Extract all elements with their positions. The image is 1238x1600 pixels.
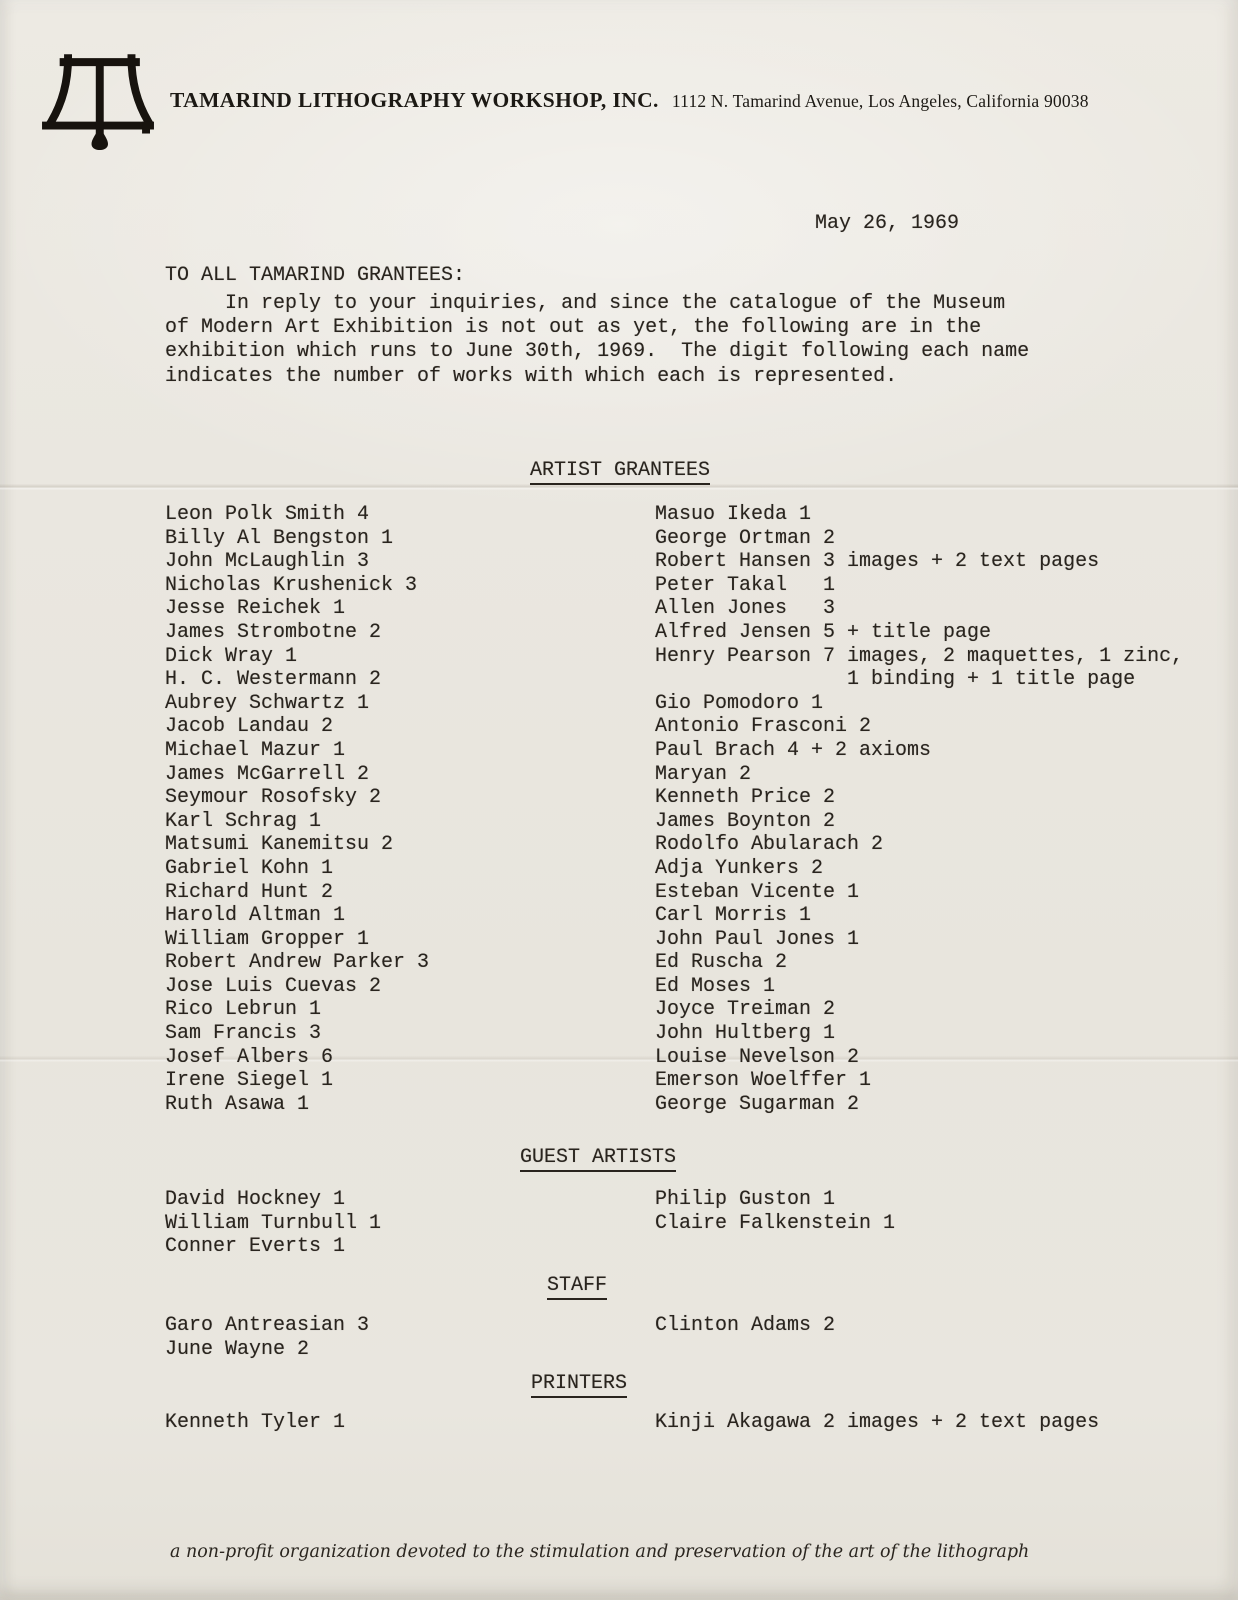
guest-artists-right-column: Philip Guston 1Claire Falkenstein 1 [655,1188,895,1235]
list-line: H. C. Westermann 2 [165,668,429,692]
list-line: John Hultberg 1 [655,1022,1183,1046]
artist-grantees-right-column: Masuo Ikeda 1George Ortman 2Robert Hanse… [655,503,1183,1116]
list-line: Dick Wray 1 [165,645,429,669]
company-name: TAMARIND LITHOGRAPHY WORKSHOP, INC. [170,88,659,112]
list-line: Matsumi Kanemitsu 2 [165,833,429,857]
list-line: James Strombotne 2 [165,621,429,645]
list-line: William Turnbull 1 [165,1212,381,1236]
artist-grantees-left-column: Leon Polk Smith 4Billy Al Bengston 1John… [165,503,429,1116]
list-line: Peter Takal 1 [655,574,1183,598]
letter-page: TAMARIND LITHOGRAPHY WORKSHOP, INC.1112 … [0,0,1238,1600]
salutation: TO ALL TAMARIND GRANTEES: [165,264,465,287]
list-line: Karl Schrag 1 [165,810,429,834]
list-line: Gio Pomodoro 1 [655,692,1183,716]
list-line: Seymour Rosofsky 2 [165,786,429,810]
list-line: Garo Antreasian 3 [165,1314,369,1338]
body-paragraph: In reply to your inquiries, and since th… [165,292,1029,389]
list-line: Louise Nevelson 2 [655,1046,1183,1070]
list-line: Robert Andrew Parker 3 [165,951,429,975]
staff-left-column: Garo Antreasian 3June Wayne 2 [165,1314,369,1361]
list-line: Richard Hunt 2 [165,881,429,905]
list-line: Joyce Treiman 2 [655,998,1183,1022]
list-line: Claire Falkenstein 1 [655,1212,895,1236]
list-line: Alfred Jensen 5 + title page [655,621,1183,645]
section-heading-artist-grantees: ARTIST GRANTEES [530,459,710,485]
list-line: Kinji Akagawa 2 images + 2 text pages [655,1411,1099,1435]
guest-artists-left-column: David Hockney 1William Turnbull 1Conner … [165,1188,381,1259]
list-line: William Gropper 1 [165,928,429,952]
list-line: Henry Pearson 7 images, 2 maquettes, 1 z… [655,645,1183,669]
list-line: Harold Altman 1 [165,904,429,928]
list-line: George Ortman 2 [655,527,1183,551]
staff-right-column: Clinton Adams 2 [655,1314,835,1338]
list-line: Jose Luis Cuevas 2 [165,975,429,999]
list-line: Irene Siegel 1 [165,1069,429,1093]
list-line: Adja Yunkers 2 [655,857,1183,881]
list-line: Ed Ruscha 2 [655,951,1183,975]
list-line: Ruth Asawa 1 [165,1093,429,1117]
list-line: Clinton Adams 2 [655,1314,835,1338]
list-line: Maryan 2 [655,763,1183,787]
printers-right-column: Kinji Akagawa 2 images + 2 text pages [655,1411,1099,1435]
list-line: John McLaughlin 3 [165,550,429,574]
list-line: Sam Francis 3 [165,1022,429,1046]
printers-left-column: Kenneth Tyler 1 [165,1411,345,1435]
list-line: Aubrey Schwartz 1 [165,692,429,716]
list-line: Philip Guston 1 [655,1188,895,1212]
list-line: 1 binding + 1 title page [655,668,1183,692]
section-heading-guest-artists: GUEST ARTISTS [520,1146,676,1172]
list-line: Conner Everts 1 [165,1235,381,1259]
list-line: Rico Lebrun 1 [165,998,429,1022]
list-line: Michael Mazur 1 [165,739,429,763]
list-line: Antonio Frasconi 2 [655,715,1183,739]
list-line: Esteban Vicente 1 [655,881,1183,905]
list-line: Masuo Ikeda 1 [655,503,1183,527]
list-line: Rodolfo Abularach 2 [655,833,1183,857]
list-line: Allen Jones 3 [655,597,1183,621]
list-line: Gabriel Kohn 1 [165,857,429,881]
list-line: Leon Polk Smith 4 [165,503,429,527]
list-line: Emerson Woelffer 1 [655,1069,1183,1093]
list-line: Kenneth Tyler 1 [165,1411,345,1435]
list-line: Billy Al Bengston 1 [165,527,429,551]
list-line: David Hockney 1 [165,1188,381,1212]
list-line: Paul Brach 4 + 2 axioms [655,739,1183,763]
list-line: Nicholas Krushenick 3 [165,574,429,598]
list-line: James McGarrell 2 [165,763,429,787]
section-heading-printers: PRINTERS [531,1372,627,1398]
list-line: George Sugarman 2 [655,1093,1183,1117]
letterhead: TAMARIND LITHOGRAPHY WORKSHOP, INC.1112 … [170,88,1089,113]
list-line: Jacob Landau 2 [165,715,429,739]
list-line: Jesse Reichek 1 [165,597,429,621]
list-line: Carl Morris 1 [655,904,1183,928]
list-line: Kenneth Price 2 [655,786,1183,810]
list-line: June Wayne 2 [165,1338,369,1362]
list-line: Robert Hansen 3 images + 2 text pages [655,550,1183,574]
list-line: Ed Moses 1 [655,975,1183,999]
tamarind-lamp-logo-icon [42,52,154,156]
section-heading-staff: STAFF [547,1274,607,1300]
list-line: John Paul Jones 1 [655,928,1183,952]
list-line: Josef Albers 6 [165,1046,429,1070]
company-address: 1112 N. Tamarind Avenue, Los Angeles, Ca… [672,91,1089,111]
letter-date: May 26, 1969 [815,212,959,235]
list-line: James Boynton 2 [655,810,1183,834]
footer-motto: a non-profit organization devoted to the… [170,1542,945,1562]
